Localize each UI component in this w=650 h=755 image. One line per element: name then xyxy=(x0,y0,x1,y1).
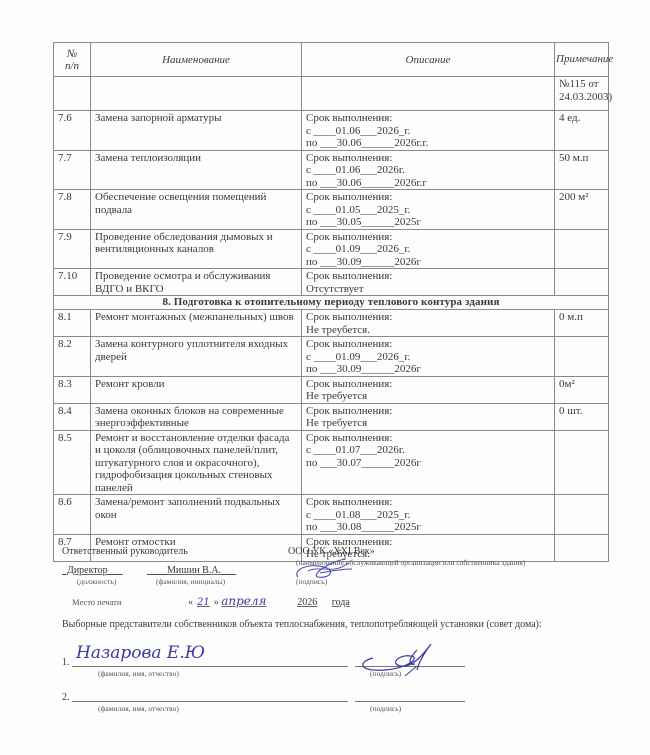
description-line: Не требуется xyxy=(306,417,550,430)
cell-note: 50 м.п xyxy=(555,150,609,190)
cell-number: 8.5 xyxy=(54,430,91,495)
cell-name xyxy=(91,77,302,111)
table-row: 7.8Обеспечение освещения помещений подва… xyxy=(54,190,609,230)
cell-description: Срок выполнения:Отсутствует xyxy=(302,269,555,296)
table-row: 8.2Замена контурного уплотнителя входных… xyxy=(54,337,609,377)
description-line: Срок выполнения: xyxy=(306,152,550,165)
header-description: Описание xyxy=(302,43,555,77)
cell-description: Срок выполнения:с ____01.08___2025_г.по … xyxy=(302,495,555,535)
description-line: по ___30.06______2026г.г xyxy=(306,177,550,190)
manager-signature xyxy=(290,555,365,585)
cell-note xyxy=(555,337,609,377)
cell-note xyxy=(555,229,609,269)
table-row: 7.7Замена теплоизоляцииСрок выполнения:с… xyxy=(54,150,609,190)
cell-name: Замена/ремонт заполнений подвальных окон xyxy=(91,495,302,535)
description-line: Срок выполнения: xyxy=(306,378,550,391)
cell-note: 4 ед. xyxy=(555,111,609,151)
position-value: _Директор___ xyxy=(62,565,123,576)
description-line: Не треубется. xyxy=(306,324,550,337)
section-8-title: 8. Подготовка к отопительному периоду те… xyxy=(54,296,609,310)
table-row: 8.6Замена/ремонт заполнений подвальных о… xyxy=(54,495,609,535)
date-suffix: года xyxy=(332,597,350,608)
description-line: по ___30.09______2026г xyxy=(306,363,550,376)
work-plan-table: №п/п Наименование Описание Примечание №1… xyxy=(53,42,609,562)
rep1-index: 1. xyxy=(62,657,70,668)
description-line: по ___30.08______2025г xyxy=(306,521,550,534)
cell-name: Ремонт и восстановление отделки фасада и… xyxy=(91,430,302,495)
date-line: «21» апреля2026 года xyxy=(188,594,350,608)
cell-name: Замена контурного уплотнителя входных дв… xyxy=(91,337,302,377)
cell-note: 0 шт. xyxy=(555,403,609,430)
cell-number: 7.9 xyxy=(54,229,91,269)
position-caption: (должность) xyxy=(77,577,116,586)
cell-description: Срок выполнения:Не требуется xyxy=(302,376,555,403)
rep1-signature-caption: (подпись) xyxy=(370,669,401,678)
cell-number: 8.1 xyxy=(54,310,91,337)
description-line: с ____01.07___2026г. xyxy=(306,444,550,457)
cell-description: Срок выполнения:с ____01.09___2026_г.по … xyxy=(302,337,555,377)
description-line: по ___30.09______2026г xyxy=(306,256,550,269)
cell-description: Срок выполнения:с ____01.07___2026г.по _… xyxy=(302,430,555,495)
description-line: с ____01.08___2025_г. xyxy=(306,509,550,522)
date-day: 21 xyxy=(193,597,214,608)
description-line: Срок выполнения: xyxy=(306,432,550,445)
cell-name: Проведение обследования дымовых и вентил… xyxy=(91,229,302,269)
cell-number: 8.2 xyxy=(54,337,91,377)
stamp-label: Место печати xyxy=(72,597,121,607)
header-note: Примечание xyxy=(555,43,609,77)
table-row-continuation: №115 от 24.03.2003) xyxy=(54,77,609,111)
cell-description: Срок выполнения:с ____01.06___2026_г.по … xyxy=(302,111,555,151)
table-header-row: №п/п Наименование Описание Примечание xyxy=(54,43,609,77)
description-line: Срок выполнения: xyxy=(306,191,550,204)
description-line: Не требуется xyxy=(306,390,550,403)
cell-note: 0 м.п xyxy=(555,310,609,337)
rep2-name-caption: (фамилия, имя, отчество) xyxy=(98,704,179,713)
table-row: 8.5Ремонт и восстановление отделки фасад… xyxy=(54,430,609,495)
cell-name: Проведение осмотра и обслуживания ВДГО и… xyxy=(91,269,302,296)
description-line: с ____01.09___2026_г. xyxy=(306,351,550,364)
header-number: №п/п xyxy=(54,43,91,77)
description-line: с ____01.06___2026_г. xyxy=(306,125,550,138)
description-line: Срок выполнения: xyxy=(306,270,550,283)
table-row: 8.4Замена оконных блоков на современные … xyxy=(54,403,609,430)
cell-description xyxy=(302,77,555,111)
rep1-signature xyxy=(355,636,440,686)
description-line: Срок выполнения: xyxy=(306,405,550,418)
cell-note: №115 от 24.03.2003) xyxy=(555,77,609,111)
section-header-row: 8. Подготовка к отопительному периоду те… xyxy=(54,296,609,310)
cell-note xyxy=(555,430,609,495)
cell-number: 7.6 xyxy=(54,111,91,151)
description-line: Срок выполнения: xyxy=(306,496,550,509)
date-close-quote: » xyxy=(214,597,219,608)
description-line: Отсутствует xyxy=(306,283,550,296)
cell-number: 8.3 xyxy=(54,376,91,403)
cell-number xyxy=(54,77,91,111)
rep2-signature-caption: (подпись) xyxy=(370,704,401,713)
table-row: 7.9Проведение обследования дымовых и вен… xyxy=(54,229,609,269)
cell-description: Срок выполнения:с ____01.05___2025_г.по … xyxy=(302,190,555,230)
date-month: апреля xyxy=(221,594,297,608)
header-name: Наименование xyxy=(91,43,302,77)
table-row: 7.6Замена запорной арматурыСрок выполнен… xyxy=(54,111,609,151)
cell-description: Срок выполнения:Не треубется. xyxy=(302,310,555,337)
cell-description: Срок выполнения:Не требуется xyxy=(302,403,555,430)
date-year: 2026 xyxy=(297,597,317,608)
manager-name-caption: (фамилия, инициалы) xyxy=(156,577,225,586)
cell-number: 7.8 xyxy=(54,190,91,230)
description-line: с ____01.06___2026г. xyxy=(306,164,550,177)
cell-description: Срок выполнения:с ____01.09___2026_г.по … xyxy=(302,229,555,269)
rep2-index: 2. xyxy=(62,692,70,703)
table-row: 8.1Ремонт монтажных (межпанельных) швовС… xyxy=(54,310,609,337)
cell-note xyxy=(555,269,609,296)
description-line: Срок выполнения: xyxy=(306,311,550,324)
cell-name: Ремонт кровли xyxy=(91,376,302,403)
cell-name: Замена оконных блоков на современные эне… xyxy=(91,403,302,430)
cell-name: Ремонт монтажных (межпанельных) швов xyxy=(91,310,302,337)
cell-number: 8.4 xyxy=(54,403,91,430)
description-line: по ___30.05______2025г xyxy=(306,216,550,229)
manager-name-value: ____Мишин В.А.___ xyxy=(147,565,236,576)
cell-note xyxy=(555,534,609,561)
table-row: 8.3Ремонт кровлиСрок выполнения:Не требу… xyxy=(54,376,609,403)
representatives-text: Выборные представители собственников объ… xyxy=(62,619,604,630)
table-row: 7.10Проведение осмотра и обслуживания ВД… xyxy=(54,269,609,296)
rep1-name-caption: (фамилия, имя, отчество) xyxy=(98,669,179,678)
cell-description: Срок выполнения:с ____01.06___2026г.по _… xyxy=(302,150,555,190)
cell-name: Обеспечение освещения помещений подвала xyxy=(91,190,302,230)
cell-note: 0м² xyxy=(555,376,609,403)
description-line: по ___30.07______2026г xyxy=(306,457,550,470)
cell-note xyxy=(555,495,609,535)
cell-number: 7.10 xyxy=(54,269,91,296)
cell-name: Замена запорной арматуры xyxy=(91,111,302,151)
description-line: Срок выполнения: xyxy=(306,112,550,125)
cell-number: 8.6 xyxy=(54,495,91,535)
description-line: с ____01.09___2026_г. xyxy=(306,243,550,256)
cell-note: 200 м² xyxy=(555,190,609,230)
cell-name: Замена теплоизоляции xyxy=(91,150,302,190)
description-line: с ____01.05___2025_г. xyxy=(306,204,550,217)
description-line: Срок выполнения: xyxy=(306,338,550,351)
responsible-label: Ответственный руководитель xyxy=(62,546,188,557)
description-line: Срок выполнения: xyxy=(306,231,550,244)
rep1-name-handwritten: Назарова Е.Ю xyxy=(76,643,205,663)
description-line: по ___30.06______2026г.г. xyxy=(306,137,550,150)
cell-number: 7.7 xyxy=(54,150,91,190)
